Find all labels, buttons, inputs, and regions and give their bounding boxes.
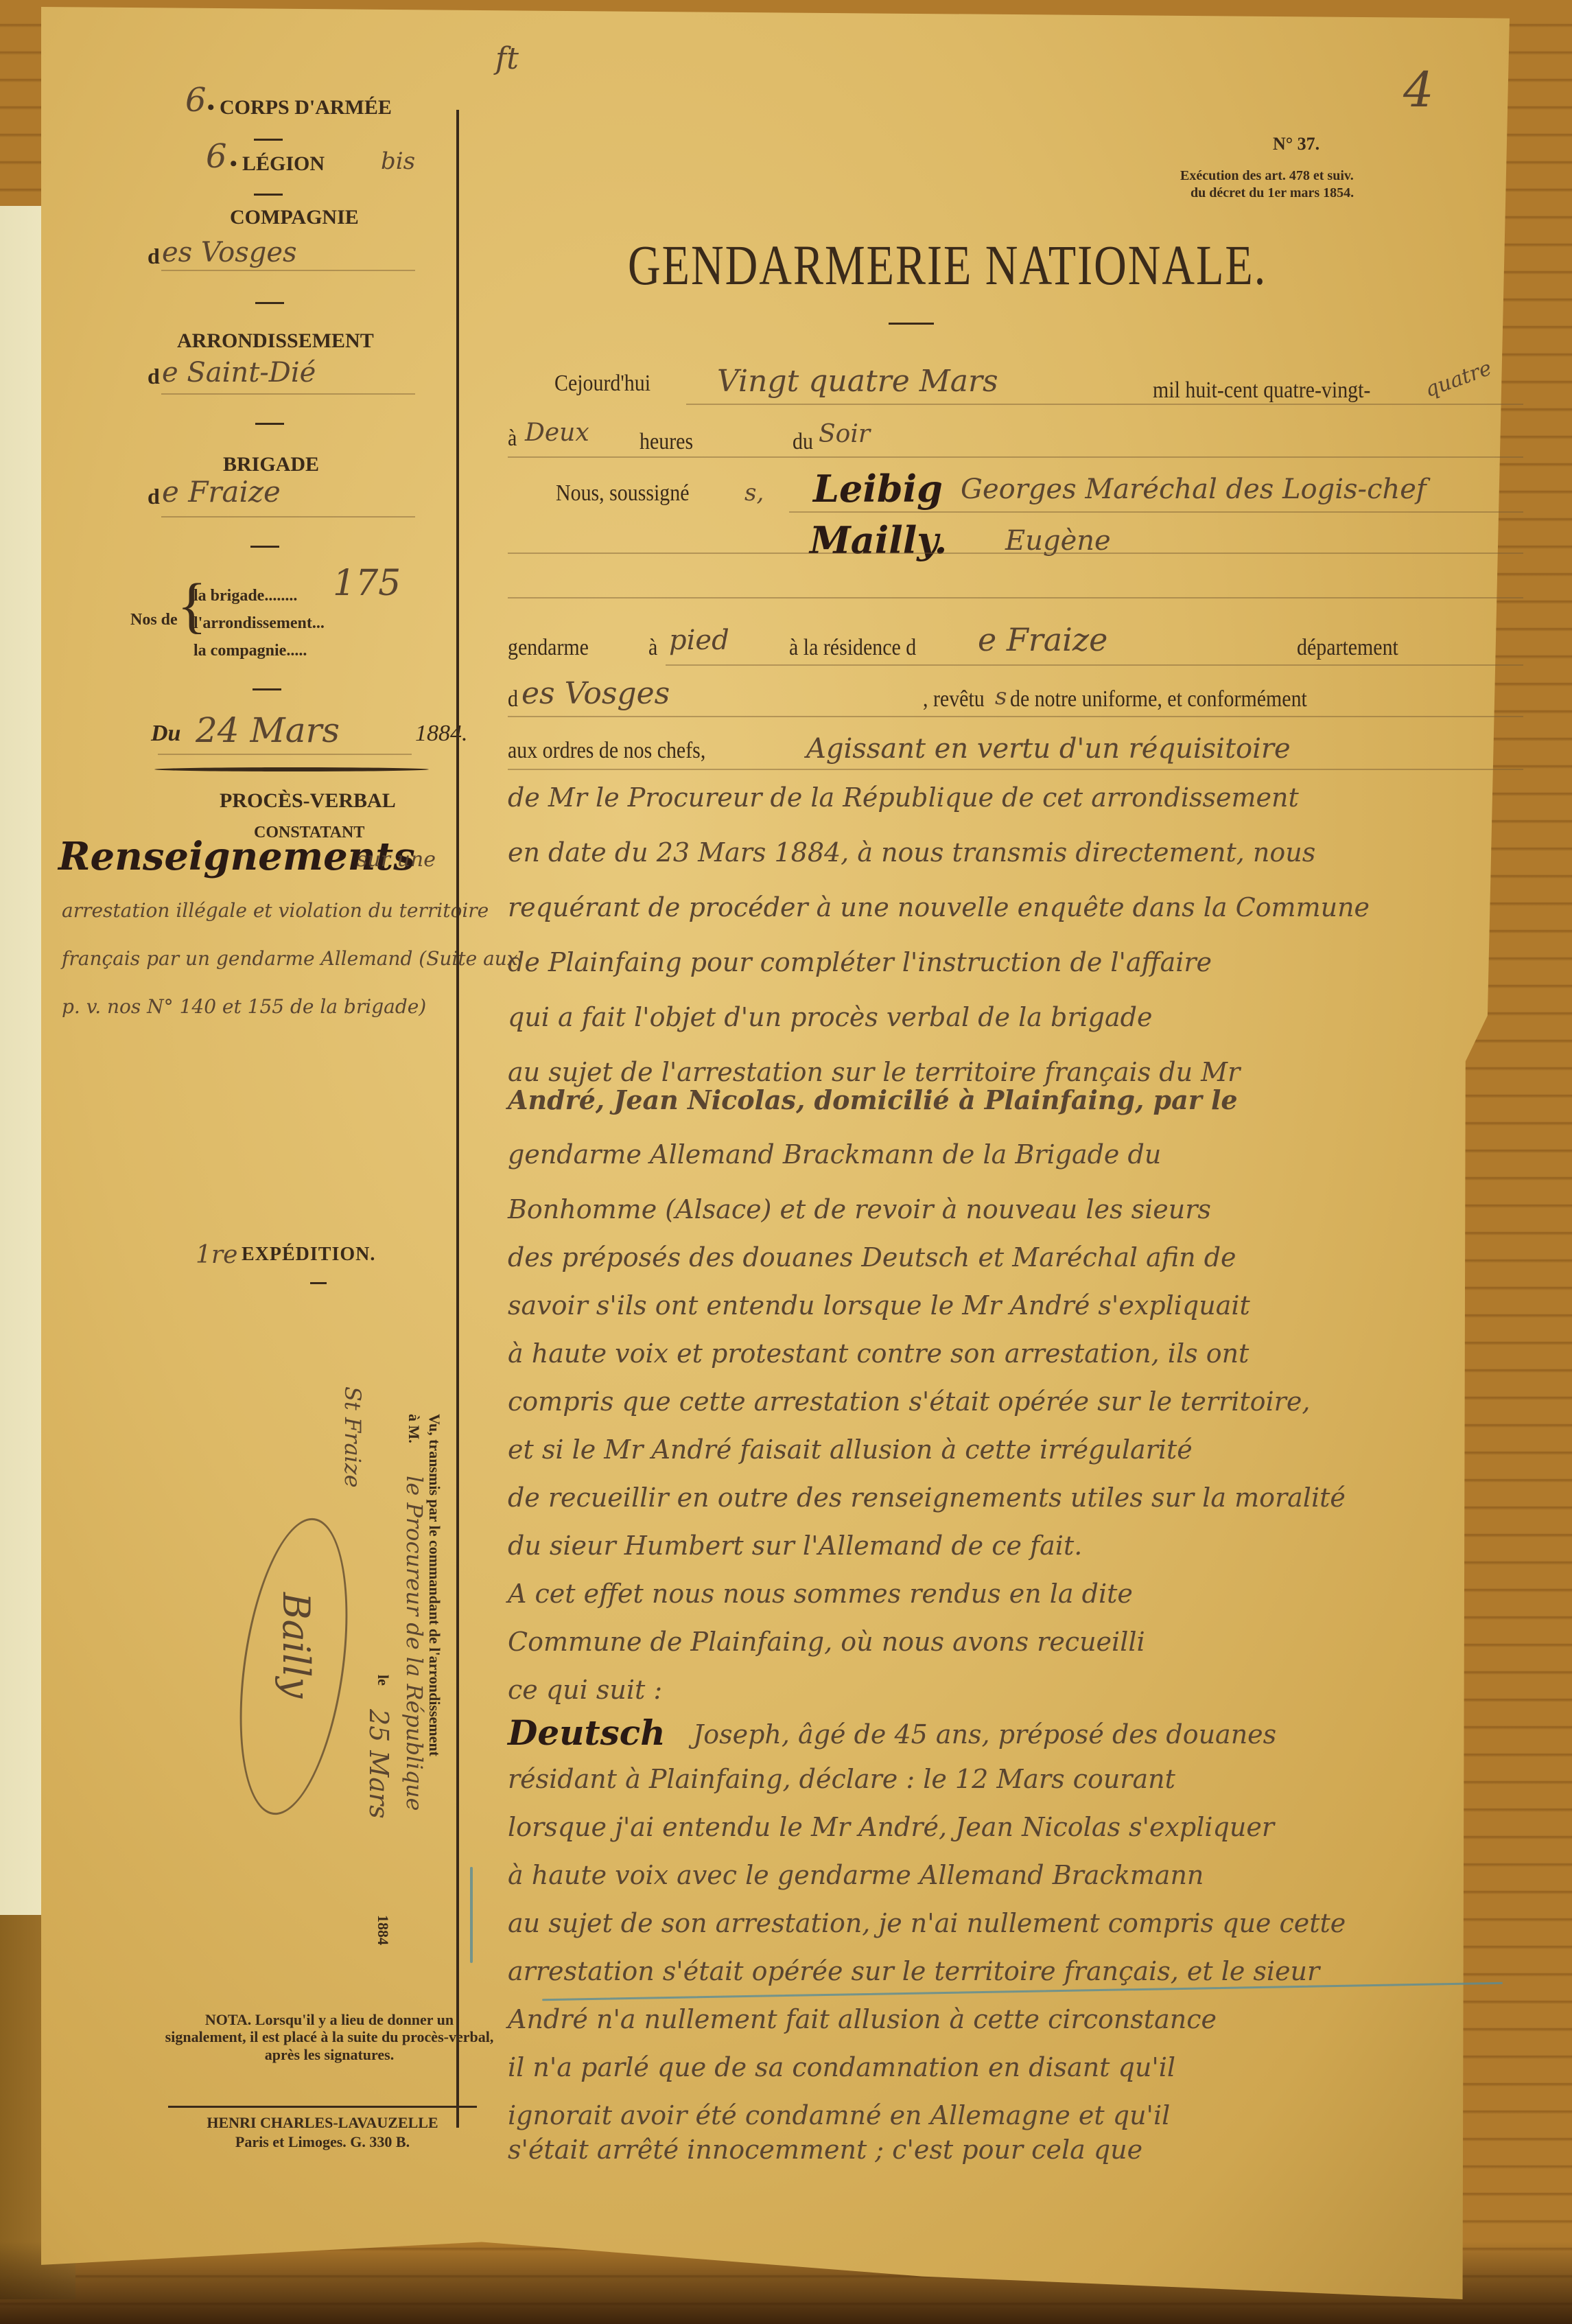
body-line: à haute voix avec le gendarme Allemand B… [508, 1860, 1204, 1890]
body-line: compris que cette arrestation s'était op… [508, 1386, 1310, 1417]
page-title: GENDARMERIE NATIONALE. [628, 233, 1267, 299]
date-year: 1884. [415, 721, 468, 747]
signer1-surname: Leibig [813, 467, 943, 511]
page-number: 4 [1403, 62, 1434, 118]
gendarme-label: gendarme [508, 635, 589, 661]
cejourdhui-value: Vingt quatre Mars [717, 364, 998, 399]
body-line: Bonhomme (Alsace) et de revoir à nouveau… [508, 1194, 1211, 1224]
fill-line [161, 516, 415, 518]
fill-line [158, 754, 412, 755]
fill-line [508, 716, 1523, 717]
legion-label-text: LÉGION [242, 152, 325, 175]
body-line: il n'a parlé que de sa condamnation en d… [508, 2052, 1175, 2082]
annotation-ft: ft [495, 41, 519, 76]
body-line: au sujet de son arrestation, je n'ai nul… [508, 1908, 1346, 1938]
hour-value: Deux [525, 419, 589, 447]
body-line: au sujet de l'arrestation sur le territo… [508, 1057, 1240, 1087]
blue-pencil-mark [470, 1867, 473, 1963]
expedition-number: 1re [196, 1241, 237, 1269]
nota-rule [168, 2106, 477, 2108]
divider [253, 688, 281, 690]
body-line: en date du 23 Mars 1884, à nous transmis… [508, 837, 1315, 868]
deutsch-name: Deutsch [508, 1712, 666, 1753]
body-line: lorsque j'ai entendu le Mr André, Jean N… [508, 1812, 1274, 1842]
revetus-label: , revêtu [923, 686, 985, 712]
fill-line [686, 404, 1523, 405]
divider [310, 1282, 327, 1284]
dept-prefix: d [508, 686, 518, 712]
uniform-label: de notre uniforme, et conformément [1010, 686, 1307, 712]
proces-verbal-title: PROCÈS-VERBAL [220, 789, 396, 813]
period-value: Soir [819, 420, 870, 448]
number-brigade-label: la brigade........ [193, 587, 297, 605]
year-printed: mil huit-cent quatre-vingt- [1153, 377, 1370, 404]
residence-label: à la résidence d [789, 635, 916, 661]
body-line: s'était arrêté innocemment ; c'est pour … [508, 2135, 1142, 2165]
gendarme-a: à [648, 635, 657, 661]
number-arrondissement-label: l'arrondissement... [193, 614, 325, 633]
body-line: Agissant en vertu d'un réquisitoire [806, 733, 1291, 765]
divider [250, 546, 279, 548]
number-brigade-value: 175 [333, 563, 401, 604]
legion-annotation: bis [381, 148, 415, 175]
number-compagnie-label: la compagnie..... [193, 642, 307, 660]
body-line: Joseph, âgé de 45 ans, préposé des douan… [693, 1719, 1276, 1750]
divider [254, 194, 283, 196]
nous-label: Nous, soussigné [556, 480, 690, 507]
fill-line [161, 270, 415, 271]
arrondissement-label: ARRONDISSEMENT [177, 329, 374, 353]
body-line: gendarme Allemand Brackmann de la Brigad… [508, 1139, 1161, 1170]
a-label: à [508, 426, 517, 452]
execution-line2: du décret du 1er mars 1854. [1190, 185, 1354, 201]
column-divider [456, 110, 459, 2128]
heures-label: heures [640, 429, 693, 455]
divider [254, 139, 283, 141]
fill-line [666, 664, 1523, 666]
subject-line: français par un gendarme Allemand (Suite… [62, 947, 518, 970]
subject-line: arrestation illégale et violation du ter… [62, 899, 489, 922]
signer1-detail: Georges Maréchal des Logis-chef [961, 474, 1427, 505]
body-line: savoir s'ils ont entendu lorsque le Mr A… [508, 1290, 1250, 1321]
transmission-place: St Fraize [340, 1386, 366, 1488]
body-line: et si le Mr André faisait allusion à cet… [508, 1434, 1193, 1465]
corps-label-text: CORPS D'ARMÉE [220, 96, 392, 119]
body-line: de Plainfaing pour compléter l'instructi… [508, 947, 1212, 977]
brigade-prefix: d [148, 484, 160, 509]
gendarme-mode: pied [669, 625, 729, 656]
body-line: de recueillir en outre des renseignement… [508, 1483, 1346, 1513]
compagnie-value: es Vosges [162, 237, 297, 268]
legion-label: • LÉGION [230, 152, 325, 176]
legion-number: 6 [206, 137, 227, 176]
fill-line [508, 769, 1523, 770]
brigade-value: e Fraize [162, 475, 281, 509]
date-prefix: Du [151, 721, 180, 747]
compagnie-label: COMPAGNIE [230, 206, 359, 229]
body-line: à haute voix et protestant contre son ar… [508, 1338, 1249, 1369]
transmission-printed: Vu, transmis par le commandant de l'arro… [425, 1414, 443, 2032]
arrondissement-prefix: d [148, 364, 160, 389]
divider [255, 423, 284, 425]
cejourdhui-label: Cejourd'hui [554, 371, 650, 397]
fill-line [161, 393, 415, 395]
numbers-prefix: Nos de [130, 611, 178, 629]
transmission-date-prefix: le [374, 1675, 392, 1686]
transmission-signature: Bailly [274, 1592, 318, 1698]
body-line: André n'a nullement fait allusion à cett… [508, 2004, 1217, 2034]
corps-number: 6 [185, 81, 207, 119]
body-line: ce qui suit : [508, 1675, 662, 1705]
fill-line [508, 553, 1523, 554]
nota-label: NOTA. [205, 2011, 251, 2028]
body-line: Commune de Plainfaing, où nous avons rec… [508, 1627, 1145, 1657]
body-line: ignorait avoir été condamné en Allemagne… [508, 2100, 1170, 2130]
transmission-date: 25 Mars [364, 1709, 394, 1819]
revetus-suffix: s [995, 683, 1007, 710]
body-line: requérant de procéder à une nouvelle enq… [508, 892, 1370, 922]
fill-line [508, 456, 1523, 458]
form-number: N° 37. [1273, 134, 1319, 154]
body-line: résidant à Plainfaing, déclare : le 12 M… [508, 1764, 1175, 1794]
signer2-surname: Mailly. [810, 518, 947, 562]
subject-line: sur une [357, 848, 436, 872]
body-line: de Mr le Procureur de la République de c… [508, 782, 1299, 813]
departement-label: département [1297, 635, 1398, 661]
nota-block: NOTA. Lorsqu'il y a lieu de donner un si… [165, 2011, 494, 2063]
divider [255, 302, 284, 304]
body-line: du sieur Humbert sur l'Allemand de ce fa… [508, 1531, 1082, 1561]
body-line-andre: André, Jean Nicolas, domicilié à Plainfa… [508, 1084, 1238, 1115]
printer-line2: Paris et Limoges. G. 330 B. [168, 2133, 477, 2151]
compagnie-prefix: d [148, 244, 160, 269]
arrondissement-value: e Saint-Dié [162, 357, 316, 388]
fill-line [789, 511, 1523, 513]
expedition-label: EXPÉDITION. [242, 1244, 375, 1266]
date-value: 24 Mars [196, 710, 340, 750]
corps-label: • CORPS D'ARMÉE [207, 96, 392, 119]
fill-line [508, 597, 1523, 599]
dept-value: es Vosges [521, 676, 670, 711]
title-divider [889, 323, 934, 325]
body-line: qui a fait l'objet d'un procès verbal de… [508, 1002, 1152, 1032]
transmission-recipient: le Procureur de la République [401, 1476, 427, 1997]
body-line: des préposés des douanes Deutsch et Maré… [508, 1242, 1236, 1273]
body-line: arrestation s'était opérée sur le territ… [508, 1956, 1319, 1986]
transmission-prefix: à M. [405, 1414, 423, 1443]
printer-line1: HENRI CHARLES-LAVAUZELLE [168, 2114, 477, 2132]
du-label: du [793, 429, 813, 455]
execution-line1: Exécution des art. 478 et suiv. [1180, 168, 1354, 184]
body-line: A cet effet nous nous sommes rendus en l… [508, 1579, 1133, 1609]
residence-value: e Fraize [978, 621, 1107, 658]
ornamental-rule [154, 767, 429, 771]
transmission-year: 1884 [374, 1915, 392, 1945]
subject-line: p. v. nos N° 140 et 155 de la brigade) [62, 995, 426, 1018]
brigade-label: BRIGADE [223, 453, 319, 476]
nous-suffix: s, [744, 479, 764, 507]
ordres-label: aux ordres de nos chefs, [508, 738, 705, 764]
